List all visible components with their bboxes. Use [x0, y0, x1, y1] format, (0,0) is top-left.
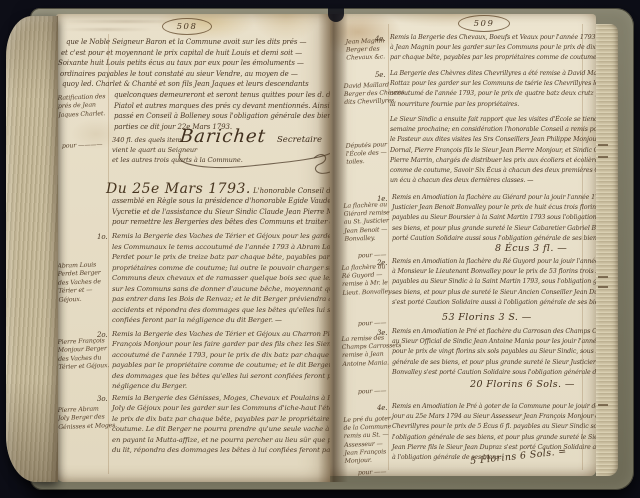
page-edge-mark	[598, 276, 608, 278]
margin-note: pour ——	[358, 469, 387, 476]
manuscript-line: négligence du Berger.	[112, 382, 330, 392]
margin-note: pour ——	[358, 320, 387, 329]
manuscript-line: pour ——	[358, 252, 387, 261]
session-heading: Du 25e Mars 1793. L'honorable Conseil de…	[106, 178, 330, 197]
page-edges-left	[6, 16, 58, 482]
manuscript-line: Vycretie et de l'assistance du Sieur Sin…	[112, 208, 330, 219]
margin-note: Le pré du goterde la Communeremis au St.…	[343, 415, 392, 466]
manuscript-line: La Bergerie des Chèvres dites Chevrillyr…	[390, 70, 596, 80]
manuscript-line: au Sieur Official de Sindic Jean Antoine…	[392, 338, 596, 348]
manuscript-line: comme de coutume, Savoir Six Écus à chac…	[390, 167, 596, 177]
manuscript-line: parties ce dit jour 22e Mars 1793.	[114, 123, 330, 134]
manuscript-line: Géjoux.	[58, 295, 101, 305]
manuscript-line: Remis en Amodiation le Pré et flachère d…	[392, 328, 596, 338]
margin-note: Abram LouisPerdet Bergerdes Vaches deTér…	[57, 261, 101, 304]
manuscript-line: Perdet pour le prix de treize batz par c…	[112, 253, 330, 264]
manuscript-line: accidents et répondra des dommages que l…	[112, 306, 330, 317]
entry-marker: 5e.	[375, 71, 385, 79]
page-edge-mark	[598, 144, 608, 146]
manuscript-line: Bonvalley.	[344, 234, 390, 244]
page-number-right-value: 509	[474, 19, 495, 29]
manuscript-line: Joly de Géjoux pour les garder sur les C…	[112, 404, 330, 414]
manuscript-line: semaine prochaine; en considération l'ho…	[390, 126, 596, 136]
margin-note: Pierre AbramJoly Berger desGénisses et M…	[58, 405, 118, 432]
manuscript-line: à Monsieur le Lieutenant Bonvalley pour …	[392, 268, 596, 278]
manuscript-line: payables par le propriétaire comme de co…	[112, 361, 330, 371]
manuscript-line: sur les Communs sans de donner d'aucune …	[112, 285, 330, 296]
manuscript-line: pour ——	[358, 320, 387, 329]
manuscript-line: Remis en Amodiation la flachère du Ré Gu…	[392, 258, 596, 268]
manuscript-line: Lieut. Bonvalley.	[342, 288, 392, 298]
manuscript-line: un écu à chacun des deux dernières class…	[390, 177, 596, 187]
register-entry: Remis en Amodiation le Pré et flachère d…	[392, 328, 596, 379]
margin-note: Pierre FrançoisMonjour Bergerdes Vaches …	[57, 337, 109, 372]
manuscript-line: les Communaux le tems accoutumé de l'ann…	[112, 243, 330, 254]
margin-note: Députés pourl'École des —toiles.	[346, 141, 388, 167]
manuscript-line: pour ————	[62, 141, 103, 151]
carryover-paragraph: que le Noble Seigneur Baron et la Commun…	[58, 38, 330, 133]
manuscript-line: payables au Sieur Boursier à la Saint Ma…	[392, 214, 596, 224]
manuscript-line: en payant la Mutta-affize, et ne pourra …	[112, 436, 330, 446]
manuscript-line: quoy led. Charlet & Chanté et son fils J…	[62, 80, 330, 91]
manuscript-line: pour remettre les Bergeries des bêtes de…	[112, 218, 330, 229]
manuscript-line: à Jean Magnin pour les garder sur les Co…	[390, 44, 596, 54]
manuscript-line: pour ——	[358, 388, 387, 397]
manuscript-line: ses biens, et pour plus de sureté le Sie…	[392, 289, 596, 299]
register-entry: Remis la Bergerie des Vaches de Térier e…	[112, 330, 330, 392]
manuscript-line: Chevrillyres pour le prix de 5 Écus 6 fl…	[392, 423, 596, 433]
register-entry: Remis la Bergerie des Génisses, Moges, C…	[112, 394, 330, 456]
manuscript-line: Bonvalley s'est porté Caution Solidaire …	[392, 369, 596, 379]
page-number-left: 508	[162, 18, 212, 35]
margin-note: Jean MagninBerger desChevaux &c.	[346, 37, 386, 63]
manuscript-line: propriétaires comme de coutume; lui outr…	[112, 264, 330, 275]
manuscript-line: ordinaires payables le tout constaté au …	[60, 70, 330, 81]
manuscript-line: Piatol et autres marques des prés cy dev…	[114, 102, 330, 113]
manuscript-line: accoutumé de l'année 1793, pour le prix …	[112, 351, 330, 361]
right-page: 509 Remis la Bergerie des Chevaux, Boeuf…	[330, 14, 596, 476]
margin-note: David MaillardBerger des Chèvresdits Che…	[344, 81, 405, 108]
margin-note: pour ——	[358, 388, 387, 397]
manuscript-line: 340 fl. des quels item	[112, 136, 243, 146]
manuscript-line: la nourriture fournie par les propriétai…	[390, 101, 596, 111]
manuscript-line: Soixante huit Louis petits écus au taux …	[58, 59, 330, 70]
manuscript-line: passé en Conseil à Bolleney sous l'oblig…	[114, 112, 330, 123]
manuscript-line: Térier et Géjoux.	[58, 362, 109, 372]
session-lines: assemblé en Règle sous la présidence d'h…	[112, 197, 330, 229]
entry-marker: 3o.	[97, 395, 107, 403]
manuscript-line: par chaque bête, payables par les propri…	[390, 54, 596, 64]
page-number-right: 509	[458, 15, 510, 32]
manuscript-line: quelconques demeureront et seront tenus …	[114, 91, 330, 102]
margin-note: pour ————	[62, 141, 103, 151]
manuscript-line: Pierre Marrin, chargés de distribuer les…	[390, 157, 596, 167]
manuscript-line: le prix de dix batz par chaque bête, pay…	[112, 415, 330, 425]
manuscript-line: générale de ses biens, et pour plus gran…	[392, 359, 596, 369]
margin-note: pour ——	[358, 252, 387, 261]
manuscript-line: du lit, répondra des dommages les bêtes …	[112, 446, 330, 456]
manuscript-line: Remis la Bergerie des Génisses, Moges, C…	[112, 394, 330, 404]
session-date: Du 25e Mars 1793.	[106, 181, 251, 197]
signature-title: Secretaire	[277, 135, 322, 145]
manuscript-line: pour le prix de vingt florins six sols p…	[392, 348, 596, 358]
register-entry: Remis en Amodiation la flachère du Ré Gu…	[392, 258, 596, 309]
amount-due: 20 Florins 6 Sols. —	[470, 379, 575, 390]
manuscript-line: pour ——	[358, 469, 387, 476]
manuscript-line: Remis la Bergerie des Vaches de Térier e…	[112, 330, 330, 340]
manuscript-line: coutume. Le dit Berger ne pourra prendre…	[112, 425, 330, 435]
manuscript-line: Le Sieur Sindic a ensuite fait rapport q…	[390, 116, 596, 126]
register-entry: Remis la Bergerie des Vaches de Térier e…	[112, 232, 330, 327]
manuscript-line: Dornal, Pierre François fils le Sieur Je…	[390, 147, 596, 157]
page-edge-mark	[598, 286, 608, 288]
manuscript-line: accoutumé de l'année 1793, pour le prix …	[390, 90, 596, 100]
manuscript-line: le Pasteur aux dites visites les Srs Con…	[390, 136, 596, 146]
manuscript-line: confiées feront par la négligence du dit…	[112, 316, 330, 327]
page-edges-right	[596, 24, 618, 476]
manuscript-line: Rottaz pour les garder sur les Communs d…	[390, 80, 596, 90]
manuscript-line: Justicier Jean Benoit Bonvalley pour le …	[392, 204, 596, 214]
manuscript-line: l'obligation générale de ses biens, et p…	[392, 434, 596, 444]
manuscript-line: et c'est pour et moyennant le prix capit…	[61, 49, 330, 60]
manuscript-line: que le Noble Seigneur Baron et la Commun…	[66, 38, 330, 49]
manuscript-line: des dommages que les bêtes qu'elles lui …	[112, 372, 330, 382]
manuscript-line: ses biens, et pour plus grande sureté le…	[392, 225, 596, 235]
manuscript-line: Jaques Charlet.	[58, 110, 106, 120]
manuscript-line: Remis la Bergerie des Chevaux, Boeufs et…	[390, 34, 596, 44]
manuscript-line: Communs deux chevaux et de ramasser quel…	[112, 274, 330, 285]
register-entry: Remis la Bergerie des Chevaux, Boeufs et…	[390, 34, 596, 65]
manuscript-line: toiles.	[346, 158, 388, 168]
left-page: 508 Barichet Secretaire Du 25e Mars 1793…	[56, 14, 330, 482]
manuscript-line: Remis en Amodiation le Pré à goter de la…	[392, 403, 596, 413]
amount-due: 8 Écus 3 fl. —	[495, 243, 567, 254]
manuscript-line: jour au 25e Mars 1794 au Sieur Assesseur…	[392, 413, 596, 423]
book-photo: 508 Barichet Secretaire Du 25e Mars 1793…	[0, 0, 640, 498]
margin-note: Ratification després de JeanJaques Charl…	[58, 93, 107, 120]
gutter-shadow	[318, 14, 348, 482]
manuscript-line: Chevaux &c.	[346, 54, 385, 64]
manuscript-line: Monjour.	[345, 456, 393, 466]
manuscript-line: s'est porté Caution Solidaire aussi à l'…	[392, 299, 596, 309]
manuscript-line: et les autres trois quarts à la Commune.	[112, 156, 243, 166]
entry-marker: 4e.	[377, 404, 387, 412]
page-edge-mark	[598, 156, 608, 158]
entry-marker: 1o.	[97, 233, 107, 241]
page-edge-mark	[598, 404, 608, 406]
register-entry: Remis en Amodiation la flachère au Giéra…	[392, 194, 596, 245]
manuscript-line: pas entrer dans les Bois de Renvaz; et l…	[112, 295, 330, 306]
amount-due: 53 Florins 3 S. —	[442, 312, 532, 323]
manuscript-line: assemblé en Règle sous la présidence d'h…	[112, 197, 330, 208]
manuscript-line: payables au Sieur Sindic à la Saint Mart…	[392, 278, 596, 288]
margin-note: La flachère auGiérard remiseau St. Justi…	[343, 201, 390, 244]
register-entry: La Bergerie des Chèvres dites Chevrillyr…	[390, 70, 596, 111]
manuscript-line: François Monjour pour les faire garder p…	[112, 340, 330, 350]
manuscript-line: vient le quart au Seigneur	[112, 146, 243, 156]
page-number-left-value: 508	[177, 22, 198, 32]
ink-showthrough	[62, 28, 152, 31]
manuscript-line: Remis la Bergerie des Vaches de Térier e…	[112, 232, 330, 243]
manuscript-line: Remis en Amodiation la flachère au Giéra…	[392, 194, 596, 204]
quarter-item: 340 fl. des quels itemvient le quart au …	[112, 136, 243, 166]
margin-note: La remise desChamps Carrossetsremise à J…	[341, 334, 402, 369]
margin-note: La flachère duRé Guyord —remise à Mr. le…	[341, 263, 392, 297]
register-entry: Le Sieur Sindic a ensuite fait rapport q…	[390, 116, 596, 187]
